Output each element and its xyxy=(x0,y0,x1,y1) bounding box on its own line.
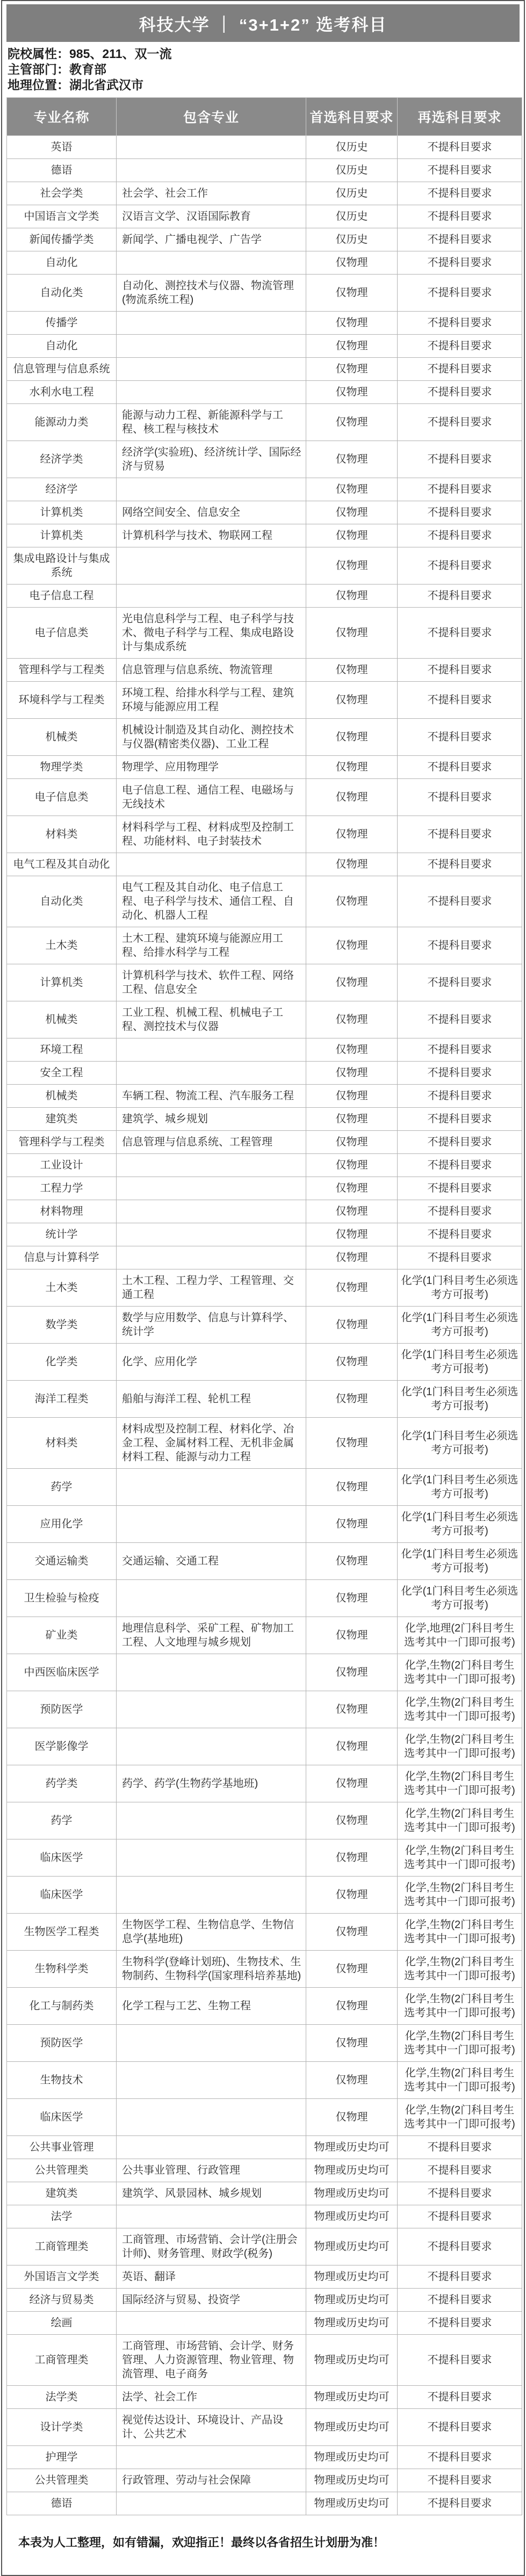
first-subject-cell: 仅物理 xyxy=(306,1131,398,1154)
second-subject-cell: 化学,生物(2门科目考生选考其中一门即可报考) xyxy=(398,1839,522,1877)
included-majors-cell: 机械设计制造及其自动化、测控技术与仪器(精密类仪器)、工业工程 xyxy=(117,719,306,756)
major-name-cell: 临床医学 xyxy=(7,1839,117,1877)
first-subject-cell: 物理或历史均可 xyxy=(306,2446,398,2469)
included-majors-cell xyxy=(117,1839,306,1877)
table-row: 应用化学仅物理化学(1门科目考生必须选考方可报考) xyxy=(7,1506,522,1543)
info-section: 院校属性：985、211、双一流 主管部门：教育部 地理位置：湖北省武汉市 xyxy=(2,42,524,96)
table-row: 计算机类计算机科学与技术、软件工程、网络工程、信息安全仅物理不提科目要求 xyxy=(7,964,522,1001)
first-subject-cell: 仅物理 xyxy=(306,1269,398,1307)
second-subject-cell: 不提科目要求 xyxy=(398,659,522,682)
second-subject-cell: 不提科目要求 xyxy=(398,358,522,381)
included-majors-cell xyxy=(117,1038,306,1062)
first-subject-cell: 仅历史 xyxy=(306,228,398,251)
second-subject-cell: 化学,生物(2门科目考生选考其中一门即可报考) xyxy=(398,1877,522,1914)
second-subject-cell: 不提科目要求 xyxy=(398,404,522,441)
table-row: 医学影像学仅物理化学,生物(2门科目考生选考其中一门即可报考) xyxy=(7,1728,522,1765)
table-row: 机械类机械设计制造及其自动化、测控技术与仪器(精密类仪器)、工业工程仅物理不提科… xyxy=(7,719,522,756)
second-subject-cell: 不提科目要求 xyxy=(398,1085,522,1108)
second-subject-cell: 不提科目要求 xyxy=(398,2136,522,2159)
included-majors-cell: 工商管理、市场营销、会计学(注册会计师)、财务管理、财政学(税务) xyxy=(117,2228,306,2265)
included-majors-cell xyxy=(117,585,306,608)
first-subject-cell: 仅物理 xyxy=(306,1988,398,2025)
major-name-cell: 能源动力类 xyxy=(7,404,117,441)
first-subject-cell: 仅物理 xyxy=(306,2062,398,2099)
first-subject-cell: 仅物理 xyxy=(306,1654,398,1691)
second-subject-cell: 不提科目要求 xyxy=(398,228,522,251)
major-name-cell: 计算机类 xyxy=(7,524,117,547)
banner: 科技大学 ｜ “3+1+2” 选考科目 xyxy=(6,4,520,42)
first-subject-cell: 仅物理 xyxy=(306,1085,398,1108)
second-subject-cell: 不提科目要求 xyxy=(398,853,522,876)
table-row: 外国语言文学类英语、翻译物理或历史均可不提科目要求 xyxy=(7,2265,522,2289)
second-subject-cell: 不提科目要求 xyxy=(398,2265,522,2289)
first-subject-cell: 物理或历史均可 xyxy=(306,2205,398,2228)
second-subject-cell: 不提科目要求 xyxy=(398,1200,522,1223)
first-subject-cell: 物理或历史均可 xyxy=(306,2228,398,2265)
table-row: 数学类数学与应用数学、信息与计算科学、统计学仅物理化学(1门科目考生必须选考方可… xyxy=(7,1307,522,1344)
included-majors-cell xyxy=(117,2205,306,2228)
table-row: 绘画物理或历史均可不提科目要求 xyxy=(7,2312,522,2335)
first-subject-cell: 物理或历史均可 xyxy=(306,2312,398,2335)
included-majors-cell: 生物科学(登峰计划班)、生物技术、生物制药、生物科学(国家理科培养基地) xyxy=(117,1951,306,1988)
second-subject-cell: 不提科目要求 xyxy=(398,1131,522,1154)
included-majors-cell xyxy=(117,1062,306,1085)
included-majors-cell xyxy=(117,2136,306,2159)
table-row: 电气工程及其自动化仅物理不提科目要求 xyxy=(7,853,522,876)
first-subject-cell: 仅物理 xyxy=(306,1177,398,1200)
second-subject-cell: 不提科目要求 xyxy=(398,441,522,478)
included-majors-cell: 化学、应用化学 xyxy=(117,1344,306,1381)
first-subject-cell: 仅物理 xyxy=(306,251,398,275)
included-majors-cell xyxy=(117,358,306,381)
table-row: 土木类土木工程、工程力学、工程管理、交通工程仅物理化学(1门科目考生必须选考方可… xyxy=(7,1269,522,1307)
second-subject-cell: 不提科目要求 xyxy=(398,964,522,1001)
table-row: 卫生检验与检疫仅物理化学(1门科目考生必须选考方可报考) xyxy=(7,1580,522,1617)
major-name-cell: 物理学类 xyxy=(7,756,117,779)
second-subject-cell: 不提科目要求 xyxy=(398,2335,522,2386)
table-row: 建筑类建筑学、城乡规划仅物理不提科目要求 xyxy=(7,1108,522,1131)
first-subject-cell: 仅物理 xyxy=(306,1802,398,1839)
table-row: 生物科学类生物科学(登峰计划班)、生物技术、生物制药、生物科学(国家理科培养基地… xyxy=(7,1951,522,1988)
major-name-cell: 社会学类 xyxy=(7,182,117,205)
first-subject-cell: 仅物理 xyxy=(306,1108,398,1131)
second-subject-cell: 不提科目要求 xyxy=(398,478,522,501)
second-subject-cell: 化学(1门科目考生必须选考方可报考) xyxy=(398,1418,522,1469)
major-name-cell: 公共事业管理 xyxy=(7,2136,117,2159)
table-row: 计算机类网络空间安全、信息安全仅物理不提科目要求 xyxy=(7,501,522,524)
included-majors-cell: 工业工程、机械工程、机械电子工程、测控技术与仪器 xyxy=(117,1001,306,1038)
second-subject-cell: 不提科目要求 xyxy=(398,335,522,358)
major-name-cell: 机械类 xyxy=(7,1085,117,1108)
info-line-location: 地理位置：湖北省武汉市 xyxy=(8,77,518,93)
included-majors-cell: 自动化、测控技术与仪器、物流管理(物流系统工程) xyxy=(117,275,306,312)
included-majors-cell xyxy=(117,1223,306,1246)
first-subject-cell: 仅物理 xyxy=(306,853,398,876)
major-name-cell: 矿业类 xyxy=(7,1617,117,1654)
major-name-cell: 自动化 xyxy=(7,335,117,358)
first-subject-cell: 仅物理 xyxy=(306,1344,398,1381)
second-subject-cell: 化学(1门科目考生必须选考方可报考) xyxy=(398,1269,522,1307)
second-subject-cell: 不提科目要求 xyxy=(398,2228,522,2265)
table-row: 交通运输类交通运输、交通工程仅物理化学(1门科目考生必须选考方可报考) xyxy=(7,1543,522,1580)
included-majors-cell xyxy=(117,1469,306,1506)
first-subject-cell: 仅物理 xyxy=(306,1691,398,1728)
first-subject-cell: 物理或历史均可 xyxy=(306,2182,398,2205)
included-majors-cell: 信息管理与信息系统、工程管理 xyxy=(117,1131,306,1154)
first-subject-cell: 仅物理 xyxy=(306,404,398,441)
included-majors-cell xyxy=(117,2062,306,2099)
footer-note: 本表为人工整理，如有错漏，欢迎指正！最终以各省招生计划册为准！ xyxy=(18,2534,518,2550)
second-subject-cell: 不提科目要求 xyxy=(398,779,522,816)
table-row: 公共事业管理物理或历史均可不提科目要求 xyxy=(7,2136,522,2159)
table-row: 物理学类物理学、应用物理学仅物理不提科目要求 xyxy=(7,756,522,779)
major-name-cell: 临床医学 xyxy=(7,1877,117,1914)
table-row: 环境科学与工程类环境工程、给排水科学与工程、建筑环境与能源应用工程仅物理不提科目… xyxy=(7,682,522,719)
table-row: 预防医学仅物理化学,生物(2门科目考生选考其中一门即可报考) xyxy=(7,1691,522,1728)
second-subject-cell: 不提科目要求 xyxy=(398,719,522,756)
major-name-cell: 海洋工程类 xyxy=(7,1381,117,1418)
major-name-cell: 中西医临床医学 xyxy=(7,1654,117,1691)
included-majors-cell: 建筑学、风景园林、城乡规划 xyxy=(117,2182,306,2205)
first-subject-cell: 仅物理 xyxy=(306,1001,398,1038)
first-subject-cell: 仅物理 xyxy=(306,1914,398,1951)
table-row: 生物医学工程类生物医学工程、生物信息学、生物信息学(基地班)仅物理化学,生物(2… xyxy=(7,1914,522,1951)
table-row: 生物技术仅物理化学,生物(2门科目考生选考其中一门即可报考) xyxy=(7,2062,522,2099)
first-subject-cell: 物理或历史均可 xyxy=(306,2469,398,2492)
included-majors-cell: 船舶与海洋工程、轮机工程 xyxy=(117,1381,306,1418)
table-row: 工商管理类工商管理、市场营销、会计学(注册会计师)、财务管理、财政学(税务)物理… xyxy=(7,2228,522,2265)
major-name-cell: 计算机类 xyxy=(7,501,117,524)
included-majors-cell xyxy=(117,478,306,501)
table-row: 自动化仅物理不提科目要求 xyxy=(7,335,522,358)
second-subject-cell: 化学,生物(2门科目考生选考其中一门即可报考) xyxy=(398,2099,522,2136)
second-subject-cell: 不提科目要求 xyxy=(398,2159,522,2182)
first-subject-cell: 仅物理 xyxy=(306,756,398,779)
first-subject-cell: 仅物理 xyxy=(306,1506,398,1543)
second-subject-cell: 化学,地理(2门科目考生选考其中一门即可报考) xyxy=(398,1617,522,1654)
major-name-cell: 应用化学 xyxy=(7,1506,117,1543)
first-subject-cell: 仅物理 xyxy=(306,876,398,927)
major-name-cell: 自动化类 xyxy=(7,275,117,312)
included-majors-cell xyxy=(117,1877,306,1914)
first-subject-cell: 仅物理 xyxy=(306,275,398,312)
first-subject-cell: 仅物理 xyxy=(306,659,398,682)
included-majors-cell xyxy=(117,1177,306,1200)
table-row: 中西医临床医学仅物理化学,生物(2门科目考生选考其中一门即可报考) xyxy=(7,1654,522,1691)
first-subject-cell: 仅历史 xyxy=(306,136,398,159)
included-majors-cell: 土木工程、工程力学、工程管理、交通工程 xyxy=(117,1269,306,1307)
second-subject-cell: 不提科目要求 xyxy=(398,682,522,719)
included-majors-cell: 生物医学工程、生物信息学、生物信息学(基地班) xyxy=(117,1914,306,1951)
included-majors-cell xyxy=(117,1246,306,1269)
first-subject-cell: 仅物理 xyxy=(306,1154,398,1177)
table-row: 法学类法学、社会工作物理或历史均可不提科目要求 xyxy=(7,2386,522,2409)
table-row: 机械类车辆工程、物流工程、汽车服务工程仅物理不提科目要求 xyxy=(7,1085,522,1108)
major-name-cell: 自动化 xyxy=(7,251,117,275)
second-subject-cell: 化学,生物(2门科目考生选考其中一门即可报考) xyxy=(398,1914,522,1951)
second-subject-cell: 不提科目要求 xyxy=(398,205,522,228)
major-name-cell: 建筑类 xyxy=(7,2182,117,2205)
included-majors-cell xyxy=(117,1728,306,1765)
table-row: 德语物理或历史均可不提科目要求 xyxy=(7,2492,522,2515)
major-name-cell: 建筑类 xyxy=(7,1108,117,1131)
major-name-cell: 材料类 xyxy=(7,1418,117,1469)
table-row: 管理科学与工程类信息管理与信息系统、工程管理仅物理不提科目要求 xyxy=(7,1131,522,1154)
second-subject-cell: 化学(1门科目考生必须选考方可报考) xyxy=(398,1506,522,1543)
included-majors-cell: 视觉传达设计、环境设计、产品设计、公共艺术 xyxy=(117,2409,306,2446)
included-majors-cell: 材料科学与工程、材料成型及控制工程、功能材料、电子封装技术 xyxy=(117,816,306,853)
first-subject-cell: 仅物理 xyxy=(306,816,398,853)
second-subject-cell: 化学,生物(2门科目考生选考其中一门即可报考) xyxy=(398,1988,522,2025)
included-majors-cell: 电气工程及其自动化、电子信息工程、电子科学与技术、通信工程、自动化、机器人工程 xyxy=(117,876,306,927)
second-subject-cell: 化学,生物(2门科目考生选考其中一门即可报考) xyxy=(398,1654,522,1691)
table-row: 护理学物理或历史均可不提科目要求 xyxy=(7,2446,522,2469)
second-subject-cell: 不提科目要求 xyxy=(398,1223,522,1246)
second-subject-cell: 不提科目要求 xyxy=(398,2386,522,2409)
included-majors-cell xyxy=(117,1506,306,1543)
included-majors-cell xyxy=(117,381,306,404)
included-majors-cell: 电子信息工程、通信工程、电磁场与无线技术 xyxy=(117,779,306,816)
table-row: 自动化仅物理不提科目要求 xyxy=(7,251,522,275)
first-subject-cell: 仅物理 xyxy=(306,1062,398,1085)
major-name-cell: 药学 xyxy=(7,1469,117,1506)
second-subject-cell: 不提科目要求 xyxy=(398,2446,522,2469)
major-name-cell: 药学类 xyxy=(7,1765,117,1802)
table-row: 中国语言文学类汉语言文学、汉语国际教育仅历史不提科目要求 xyxy=(7,205,522,228)
major-name-cell: 电气工程及其自动化 xyxy=(7,853,117,876)
major-name-cell: 工商管理类 xyxy=(7,2228,117,2265)
table-row: 公共管理类公共事业管理、行政管理物理或历史均可不提科目要求 xyxy=(7,2159,522,2182)
first-subject-cell: 物理或历史均可 xyxy=(306,2492,398,2515)
table-row: 化工与制药类化学工程与工艺、生物工程仅物理化学,生物(2门科目考生选考其中一门即… xyxy=(7,1988,522,2025)
second-subject-cell: 不提科目要求 xyxy=(398,2182,522,2205)
first-subject-cell: 仅物理 xyxy=(306,335,398,358)
major-name-cell: 管理科学与工程类 xyxy=(7,1131,117,1154)
table-row: 新闻传播学类新闻学、广播电视学、广告学仅历史不提科目要求 xyxy=(7,228,522,251)
info-line-authority: 主管部门：教育部 xyxy=(8,62,518,77)
major-name-cell: 传播学 xyxy=(7,312,117,335)
included-majors-cell: 工商管理、市场营销、会计学、财务管理、人力资源管理、物业管理、物流管理、电子商务 xyxy=(117,2335,306,2386)
table-row: 安全工程仅物理不提科目要求 xyxy=(7,1062,522,1085)
included-majors-cell: 信息管理与信息系统、物流管理 xyxy=(117,659,306,682)
table-row: 建筑类建筑学、风景园林、城乡规划物理或历史均可不提科目要求 xyxy=(7,2182,522,2205)
first-subject-cell: 物理或历史均可 xyxy=(306,2159,398,2182)
major-name-cell: 中国语言文学类 xyxy=(7,205,117,228)
header-included-majors: 包含专业 xyxy=(117,98,306,136)
included-majors-cell: 数学与应用数学、信息与计算科学、统计学 xyxy=(117,1307,306,1344)
included-majors-cell: 土木工程、建筑环境与能源应用工程、给排水科学与工程 xyxy=(117,927,306,964)
major-name-cell: 预防医学 xyxy=(7,2025,117,2062)
requirements-table-body: 英语仅历史不提科目要求德语仅历史不提科目要求社会学类社会学、社会工作仅历史不提科… xyxy=(7,136,522,2515)
table-header-row: 专业名称 包含专业 首选科目要求 再选科目要求 xyxy=(7,98,522,136)
first-subject-cell: 仅物理 xyxy=(306,1765,398,1802)
included-majors-cell: 能源与动力工程、新能源科学与工程、核工程与核技术 xyxy=(117,404,306,441)
second-subject-cell: 不提科目要求 xyxy=(398,927,522,964)
table-row: 材料类材料科学与工程、材料成型及控制工程、功能材料、电子封装技术仅物理不提科目要… xyxy=(7,816,522,853)
major-name-cell: 管理科学与工程类 xyxy=(7,659,117,682)
first-subject-cell: 仅物理 xyxy=(306,524,398,547)
second-subject-cell: 化学,生物(2门科目考生选考其中一门即可报考) xyxy=(398,1765,522,1802)
first-subject-cell: 仅物理 xyxy=(306,381,398,404)
second-subject-cell: 不提科目要求 xyxy=(398,608,522,659)
major-name-cell: 数学类 xyxy=(7,1307,117,1344)
second-subject-cell: 化学,生物(2门科目考生选考其中一门即可报考) xyxy=(398,1728,522,1765)
included-majors-cell: 英语、翻译 xyxy=(117,2265,306,2289)
second-subject-cell: 化学(1门科目考生必须选考方可报考) xyxy=(398,1469,522,1506)
table-row: 水利水电工程仅物理不提科目要求 xyxy=(7,381,522,404)
included-majors-cell xyxy=(117,136,306,159)
major-name-cell: 信息管理与信息系统 xyxy=(7,358,117,381)
second-subject-cell: 化学(1门科目考生必须选考方可报考) xyxy=(398,1307,522,1344)
major-name-cell: 材料物理 xyxy=(7,1200,117,1223)
first-subject-cell: 仅物理 xyxy=(306,1307,398,1344)
first-subject-cell: 仅物理 xyxy=(306,1469,398,1506)
major-name-cell: 经济与贸易类 xyxy=(7,2289,117,2312)
table-row: 药学仅物理化学(1门科目考生必须选考方可报考) xyxy=(7,1469,522,1506)
second-subject-cell: 不提科目要求 xyxy=(398,182,522,205)
first-subject-cell: 仅物理 xyxy=(306,478,398,501)
second-subject-cell: 不提科目要求 xyxy=(398,136,522,159)
banner-title: 科技大学 ｜ “3+1+2” 选考科目 xyxy=(139,11,387,35)
major-name-cell: 集成电路设计与集成系统 xyxy=(7,547,117,585)
major-name-cell: 安全工程 xyxy=(7,1062,117,1085)
major-name-cell: 外国语言文学类 xyxy=(7,2265,117,2289)
included-majors-cell xyxy=(117,1580,306,1617)
table-row: 临床医学仅物理化学,生物(2门科目考生选考其中一门即可报考) xyxy=(7,1877,522,1914)
table-row: 信息与计算科学仅物理不提科目要求 xyxy=(7,1246,522,1269)
included-majors-cell: 交通运输、交通工程 xyxy=(117,1543,306,1580)
major-name-cell: 经济学 xyxy=(7,478,117,501)
table-row: 工程力学仅物理不提科目要求 xyxy=(7,1177,522,1200)
included-majors-cell xyxy=(117,853,306,876)
major-name-cell: 电子信息类 xyxy=(7,608,117,659)
major-name-cell: 机械类 xyxy=(7,1001,117,1038)
table-row: 工商管理类工商管理、市场营销、会计学、财务管理、人力资源管理、物业管理、物流管理… xyxy=(7,2335,522,2386)
table-row: 社会学类社会学、社会工作仅历史不提科目要求 xyxy=(7,182,522,205)
first-subject-cell: 仅物理 xyxy=(306,779,398,816)
second-subject-cell: 不提科目要求 xyxy=(398,275,522,312)
second-subject-cell: 不提科目要求 xyxy=(398,2469,522,2492)
table-row: 传播学仅物理不提科目要求 xyxy=(7,312,522,335)
second-subject-cell: 不提科目要求 xyxy=(398,756,522,779)
major-name-cell: 统计学 xyxy=(7,1223,117,1246)
first-subject-cell: 仅物理 xyxy=(306,1728,398,1765)
included-majors-cell: 计算机科学与技术、物联网工程 xyxy=(117,524,306,547)
major-name-cell: 预防医学 xyxy=(7,1691,117,1728)
included-majors-cell xyxy=(117,1654,306,1691)
second-subject-cell: 不提科目要求 xyxy=(398,2205,522,2228)
included-majors-cell: 计算机科学与技术、软件工程、网络工程、信息安全 xyxy=(117,964,306,1001)
first-subject-cell: 物理或历史均可 xyxy=(306,2289,398,2312)
first-subject-cell: 仅物理 xyxy=(306,608,398,659)
major-name-cell: 工业设计 xyxy=(7,1154,117,1177)
table-row: 环境工程仅物理不提科目要求 xyxy=(7,1038,522,1062)
first-subject-cell: 仅物理 xyxy=(306,1381,398,1418)
included-majors-cell: 化学工程与工艺、生物工程 xyxy=(117,1988,306,2025)
second-subject-cell: 化学,生物(2门科目考生选考其中一门即可报考) xyxy=(398,1802,522,1839)
second-subject-cell: 不提科目要求 xyxy=(398,159,522,182)
major-name-cell: 临床医学 xyxy=(7,2099,117,2136)
included-majors-cell: 建筑学、城乡规划 xyxy=(117,1108,306,1131)
major-name-cell: 药学 xyxy=(7,1802,117,1839)
major-name-cell: 法学 xyxy=(7,2205,117,2228)
major-name-cell: 机械类 xyxy=(7,719,117,756)
table-row: 能源动力类能源与动力工程、新能源科学与工程、核工程与核技术仅物理不提科目要求 xyxy=(7,404,522,441)
second-subject-cell: 不提科目要求 xyxy=(398,876,522,927)
included-majors-cell: 车辆工程、物流工程、汽车服务工程 xyxy=(117,1085,306,1108)
major-name-cell: 环境科学与工程类 xyxy=(7,682,117,719)
major-name-cell: 卫生检验与检疫 xyxy=(7,1580,117,1617)
major-name-cell: 生物技术 xyxy=(7,2062,117,2099)
included-majors-cell: 光电信息科学与工程、电子科学与技术、微电子科学与工程、集成电路设计与集成系统 xyxy=(117,608,306,659)
info-line-attributes: 院校属性：985、211、双一流 xyxy=(8,46,518,62)
second-subject-cell: 不提科目要求 xyxy=(398,1001,522,1038)
table-row: 集成电路设计与集成系统仅物理不提科目要求 xyxy=(7,547,522,585)
second-subject-cell: 化学,生物(2门科目考生选考其中一门即可报考) xyxy=(398,1951,522,1988)
first-subject-cell: 物理或历史均可 xyxy=(306,2409,398,2446)
second-subject-cell: 不提科目要求 xyxy=(398,312,522,335)
included-majors-cell: 环境工程、给排水科学与工程、建筑环境与能源应用工程 xyxy=(117,682,306,719)
first-subject-cell: 物理或历史均可 xyxy=(306,2265,398,2289)
included-majors-cell: 法学、社会工作 xyxy=(117,2386,306,2409)
second-subject-cell: 化学(1门科目考生必须选考方可报考) xyxy=(398,1381,522,1418)
major-name-cell: 环境工程 xyxy=(7,1038,117,1062)
second-subject-cell: 不提科目要求 xyxy=(398,1062,522,1085)
second-subject-cell: 化学,生物(2门科目考生选考其中一门即可报考) xyxy=(398,2062,522,2099)
second-subject-cell: 不提科目要求 xyxy=(398,1108,522,1131)
first-subject-cell: 仅物理 xyxy=(306,2025,398,2062)
included-majors-cell: 社会学、社会工作 xyxy=(117,182,306,205)
second-subject-cell: 化学(1门科目考生必须选考方可报考) xyxy=(398,1543,522,1580)
major-name-cell: 护理学 xyxy=(7,2446,117,2469)
table-row: 临床医学仅物理化学,生物(2门科目考生选考其中一门即可报考) xyxy=(7,1839,522,1877)
included-majors-cell: 网络空间安全、信息安全 xyxy=(117,501,306,524)
major-name-cell: 绘画 xyxy=(7,2312,117,2335)
first-subject-cell: 仅物理 xyxy=(306,1223,398,1246)
major-name-cell: 交通运输类 xyxy=(7,1543,117,1580)
major-name-cell: 医学影像学 xyxy=(7,1728,117,1765)
second-subject-cell: 不提科目要求 xyxy=(398,1177,522,1200)
table-row: 电子信息类光电信息科学与工程、电子科学与技术、微电子科学与工程、集成电路设计与集… xyxy=(7,608,522,659)
included-majors-cell xyxy=(117,1200,306,1223)
first-subject-cell: 仅物理 xyxy=(306,585,398,608)
included-majors-cell xyxy=(117,547,306,585)
major-name-cell: 土木类 xyxy=(7,927,117,964)
included-majors-cell xyxy=(117,2099,306,2136)
major-name-cell: 法学类 xyxy=(7,2386,117,2409)
major-name-cell: 自动化类 xyxy=(7,876,117,927)
second-subject-cell: 化学(1门科目考生必须选考方可报考) xyxy=(398,1344,522,1381)
table-row: 自动化类自动化、测控技术与仪器、物流管理(物流系统工程)仅物理不提科目要求 xyxy=(7,275,522,312)
first-subject-cell: 物理或历史均可 xyxy=(306,2335,398,2386)
second-subject-cell: 不提科目要求 xyxy=(398,2289,522,2312)
included-majors-cell: 行政管理、劳动与社会保障 xyxy=(117,2469,306,2492)
major-name-cell: 公共管理类 xyxy=(7,2469,117,2492)
first-subject-cell: 仅物理 xyxy=(306,1951,398,1988)
major-name-cell: 材料类 xyxy=(7,816,117,853)
table-row: 计算机类计算机科学与技术、物联网工程仅物理不提科目要求 xyxy=(7,524,522,547)
first-subject-cell: 仅物理 xyxy=(306,1418,398,1469)
table-row: 化学类化学、应用化学仅物理化学(1门科目考生必须选考方可报考) xyxy=(7,1344,522,1381)
included-majors-cell xyxy=(117,335,306,358)
header-second-subject: 再选科目要求 xyxy=(398,98,522,136)
first-subject-cell: 仅物理 xyxy=(306,682,398,719)
first-subject-cell: 物理或历史均可 xyxy=(306,2136,398,2159)
major-name-cell: 电子信息类 xyxy=(7,779,117,816)
table-row: 土木类土木工程、建筑环境与能源应用工程、给排水科学与工程仅物理不提科目要求 xyxy=(7,927,522,964)
first-subject-cell: 仅物理 xyxy=(306,964,398,1001)
included-majors-cell: 药学、药学(生物药学基地班) xyxy=(117,1765,306,1802)
